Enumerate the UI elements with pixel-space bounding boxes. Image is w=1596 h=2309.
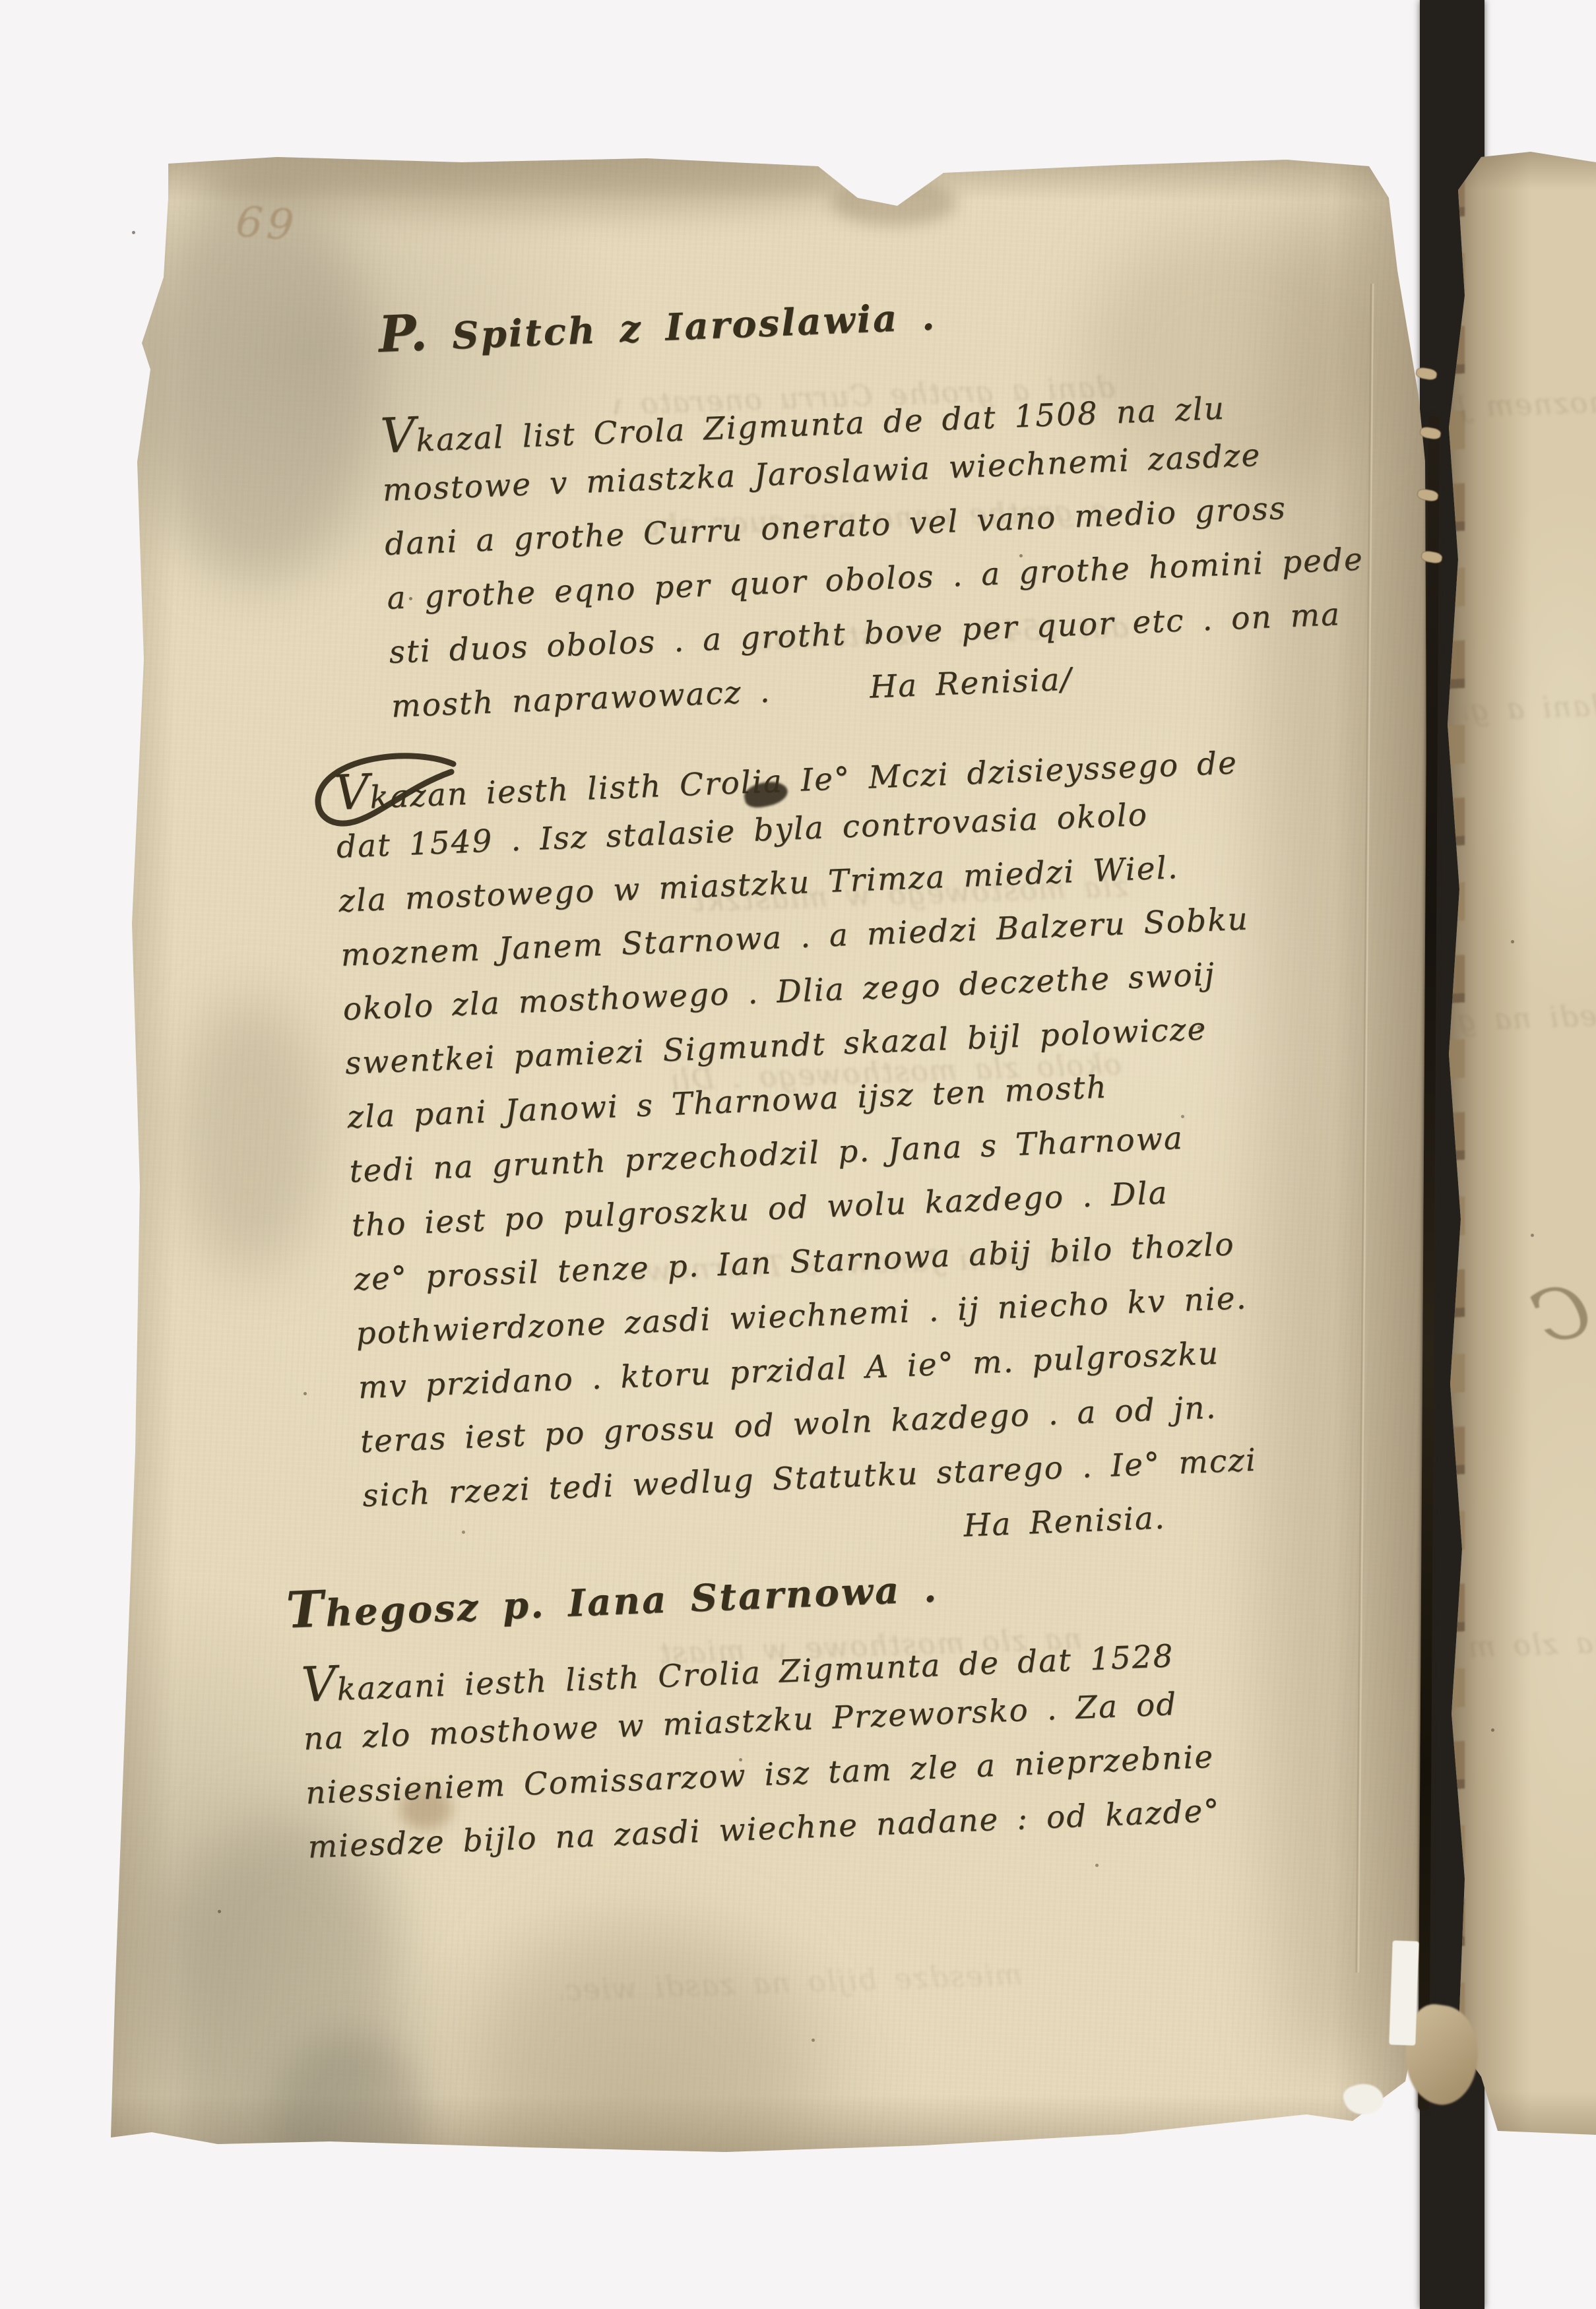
folio-number: 69 <box>231 195 296 247</box>
top-edge-notch-shadow <box>831 179 957 226</box>
manuscript-line-text: mosth naprawowacz . <box>391 674 771 725</box>
page-stain <box>198 156 858 215</box>
ghost-line: tedi na grunth przechodzil p. Jana s Tha… <box>1457 999 1596 1038</box>
ghost-line: na zlo mosthowe w miastzku Przeworsko . … <box>1467 1626 1596 1664</box>
ghost-line: dani a grothe Curru onerato vel vano med… <box>1464 689 1596 728</box>
manuscript-scan: moznem Janem Starnowa . a miedzi Balzeru… <box>0 0 1596 2309</box>
paper-repair-patch <box>1389 1940 1419 2045</box>
page-stain <box>178 996 323 1273</box>
ghost-line: moznem Janem Starnowa . a miedzi Balzeru… <box>1457 385 1596 424</box>
entry-1-signoff: Ha Renisia/ <box>869 661 1073 705</box>
